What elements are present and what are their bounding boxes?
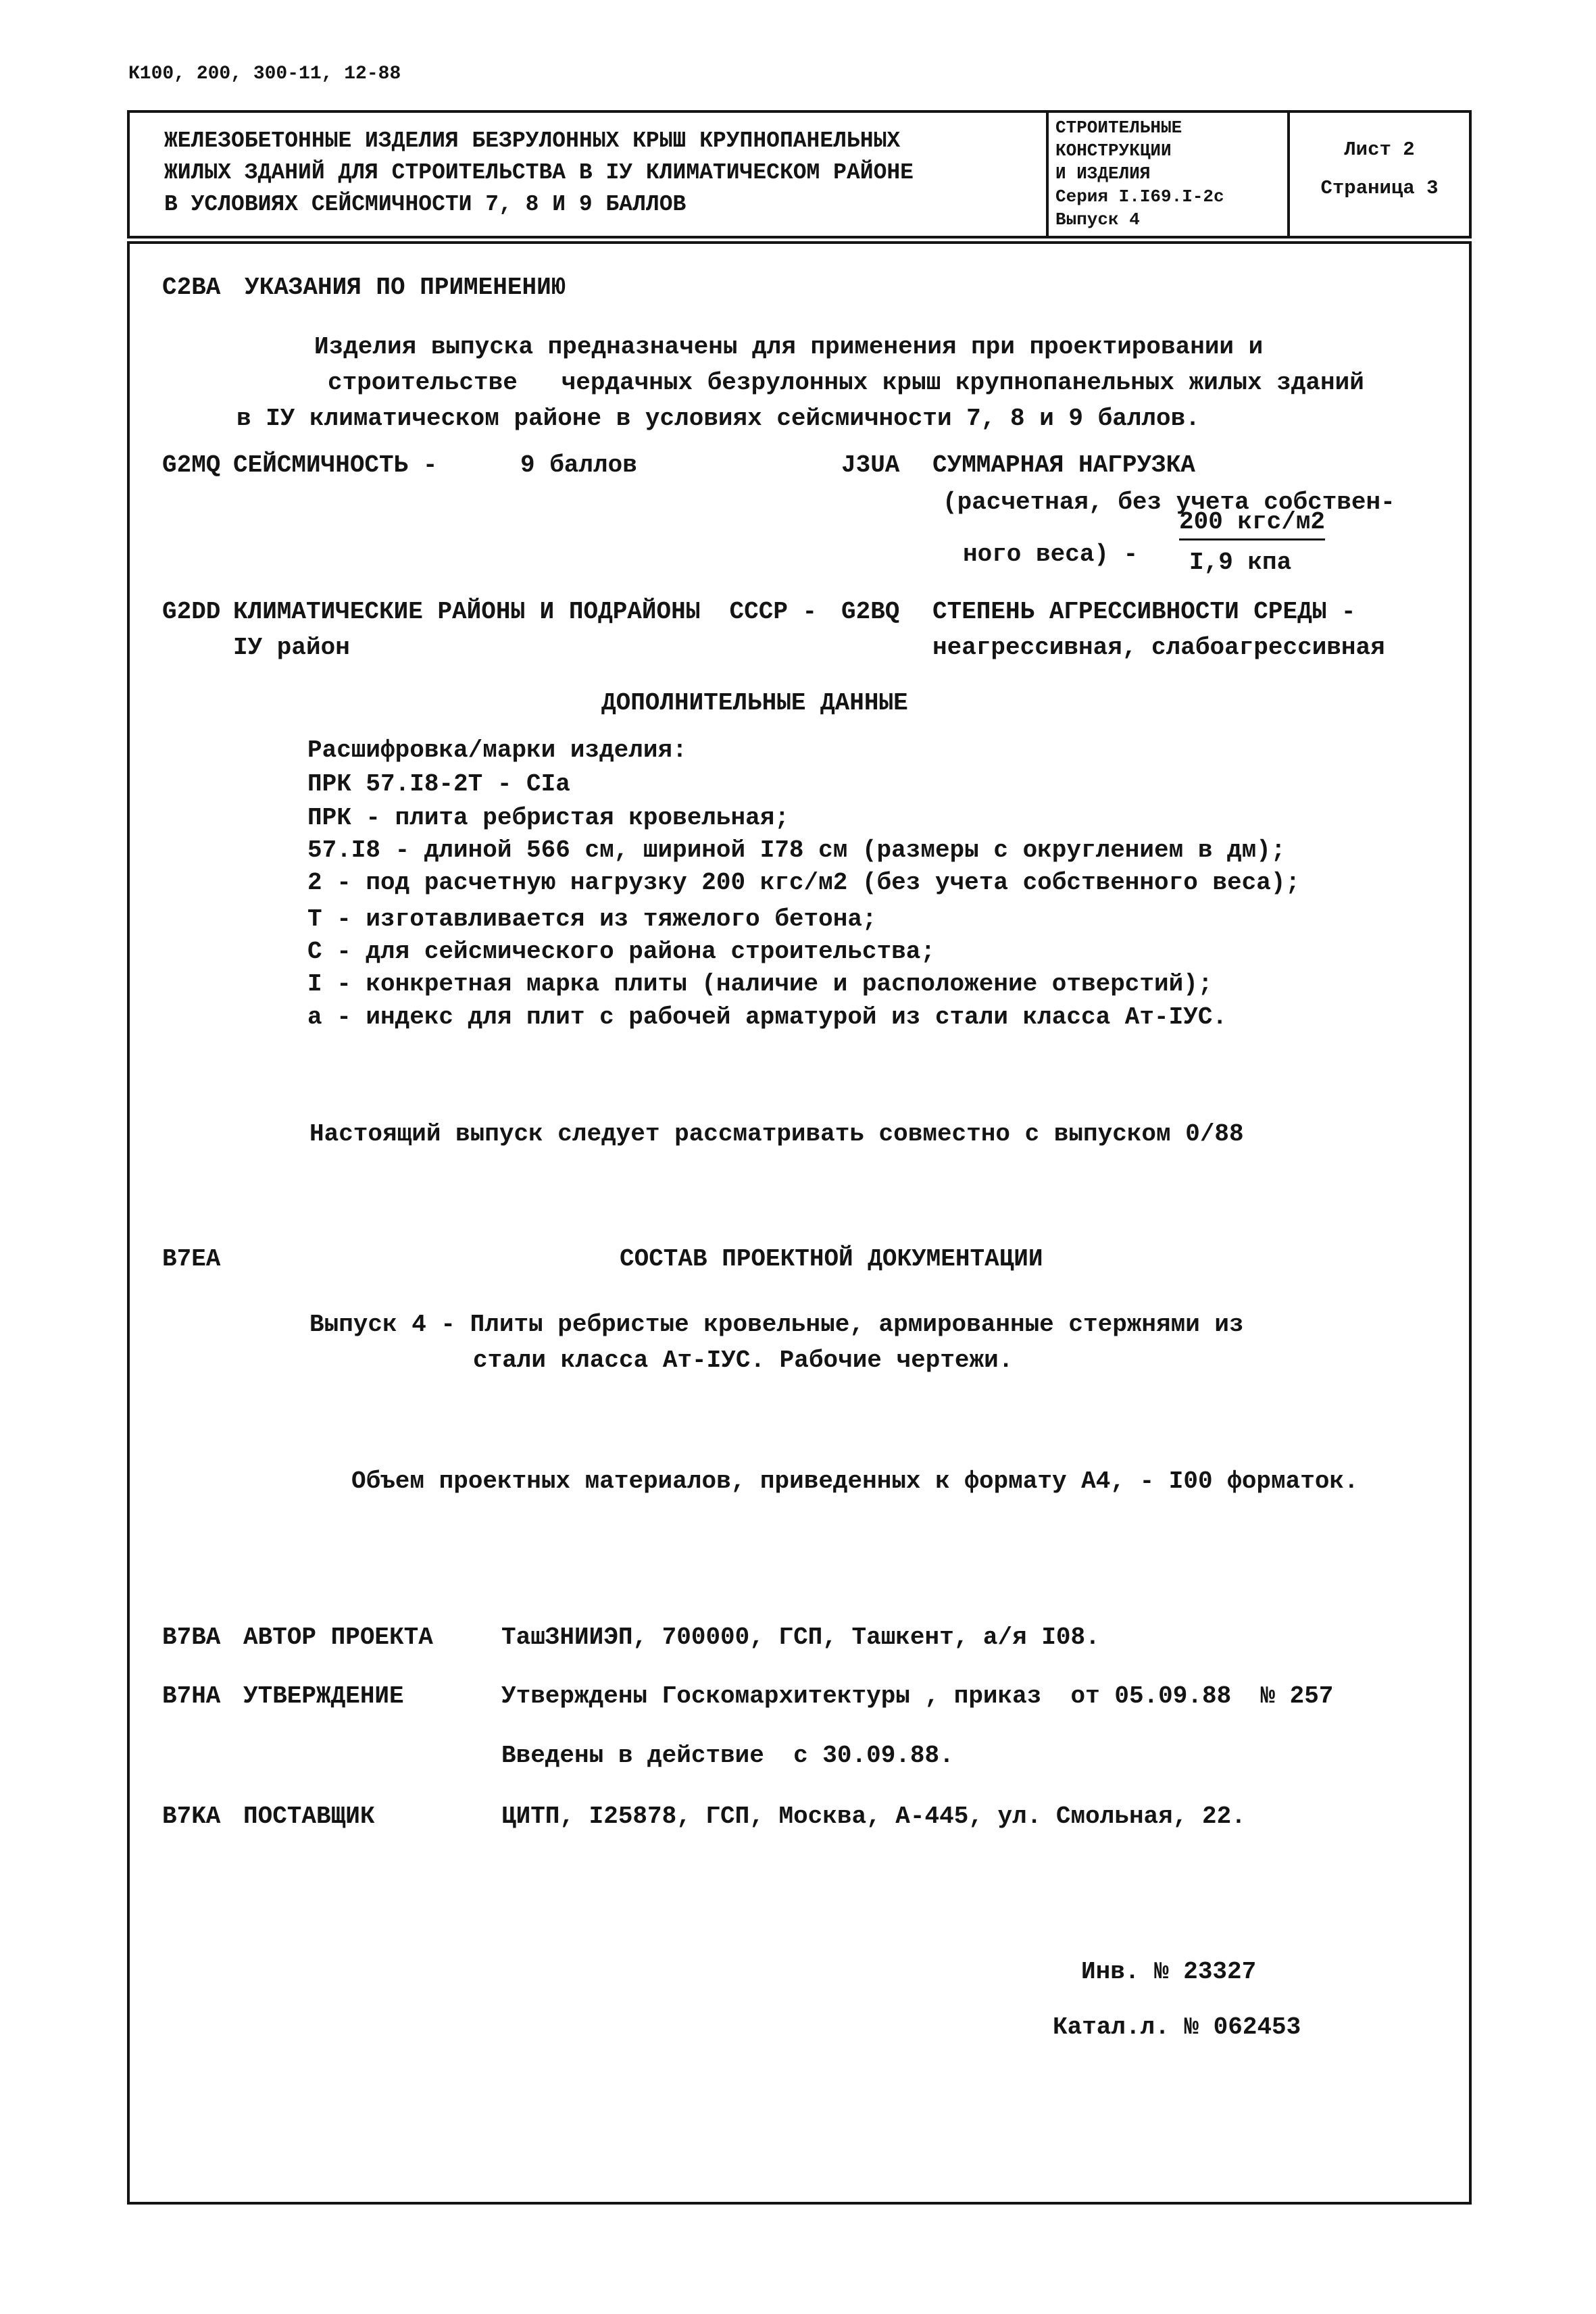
load-note-line1: (расчетная, без учета собствен- [943,488,1395,516]
additional-line-2: ПРК 57.I8-2Т - СIа [307,770,570,798]
header-divider-2 [1287,110,1290,238]
usage-paragraph-line3: в IУ климатическом районе в условиях сей… [236,405,1200,432]
approval-value: Утверждены Госкомархитектуры , приказ от… [501,1682,1333,1710]
additional-line-8: I - конкретная марка плиты (наличие и ра… [307,970,1212,998]
inventory-number: Инв. № 23327 [1081,1958,1256,1986]
additional-heading: ДОПОЛНИТЕЛЬНЫЕ ДАННЫЕ [601,689,908,717]
sheet-number: Лист 2 [1290,139,1469,161]
usage-paragraph-line2: строительстве чердачных безрулонных крыш… [328,369,1364,397]
header-title-line1: ЖЕЛЕЗОБЕТОННЫЕ ИЗДЕЛИЯ БЕЗРУЛОННЫХ КРЫШ … [164,128,900,154]
climate-value: IУ район [233,634,350,661]
aggressiveness-code: G2BQ [841,598,899,626]
seismicity-code: G2MQ [162,451,220,479]
additional-line-4: 57.I8 - длиной 566 см, шириной I78 см (р… [307,836,1285,864]
supplier-value: ЦИТП, I25878, ГСП, Москва, А-445, ул. См… [501,1803,1246,1830]
seismicity-value: 9 баллов [520,451,637,479]
header-title-line3: В УСЛОВИЯХ СЕЙСМИЧНОСТИ 7, 8 И 9 БАЛЛОВ [164,192,686,218]
load-value-kgs: 200 кгс/м2 [1179,508,1325,540]
series-line2: КОНСТРУКЦИИ [1055,141,1172,161]
load-label: СУММАРНАЯ НАГРУЗКА [932,451,1195,479]
seismicity-label: СЕЙСМИЧНОСТЬ - [233,451,437,479]
page-number: Страница 3 [1290,177,1469,199]
usage-heading: УКАЗАНИЯ ПО ПРИМЕНЕНИЮ [245,274,566,301]
aggressiveness-value: неагрессивная, слабоагрессивная [932,634,1385,661]
load-note-line2: ного веса) - [963,540,1138,568]
aggressiveness-label: СТЕПЕНЬ АГРЕССИВНОСТИ СРЕДЫ - [932,598,1356,626]
composition-heading: СОСТАВ ПРОЕКТНОЙ ДОКУМЕНТАЦИИ [620,1245,1043,1273]
series-line4: Серия I.I69.I-2с [1055,187,1224,207]
header-divider-1 [1046,110,1049,238]
climate-code: G2DD [162,598,220,626]
composition-line2: стали класса Ат-IУС. Рабочие чертежи. [473,1347,1013,1374]
additional-line-1: Расшифровка/марки изделия: [307,736,687,764]
supplier-label: ПОСТАВЩИК [243,1803,374,1830]
load-code: J3UA [841,451,899,479]
series-line3: И ИЗДЕЛИЯ [1055,164,1150,184]
document-page: К100, 200, 300-11, 12-88 ЖЕЛЕЗОБЕТОННЫЕ … [0,0,1596,2314]
series-line1: СТРОИТЕЛЬНЫЕ [1055,118,1182,139]
additional-line-3: ПРК - плита ребристая кровельная; [307,804,789,832]
author-label: АВТОР ПРОЕКТА [243,1624,433,1651]
additional-line-7: С - для сейсмического района строительст… [307,938,935,965]
approval-effective-date: Введены в действие с 30.09.88. [501,1742,954,1769]
supplier-code: B7KA [162,1803,220,1830]
author-value: ТашЗНИИЭП, 700000, ГСП, Ташкент, а/я I08… [501,1624,1100,1651]
usage-paragraph-line1: Изделия выпуска предназначены для примен… [314,333,1263,361]
load-value-kpa: I,9 кпа [1189,549,1291,576]
header-title-line2: ЖИЛЫХ ЗДАНИЙ ДЛЯ СТРОИТЕЛЬСТВА В IУ КЛИМ… [164,160,914,186]
additional-note: Настоящий выпуск следует рассматривать с… [309,1120,1244,1148]
additional-line-6: Т - изготавливается из тяжелого бетона; [307,905,877,933]
additional-line-9: а - индекс для плит с рабочей арматурой … [307,1003,1227,1031]
series-line5: Выпуск 4 [1055,210,1140,230]
doc-classifier-code: К100, 200, 300-11, 12-88 [128,64,401,85]
composition-code: B7EA [162,1245,220,1273]
author-code: B7BA [162,1624,220,1651]
catalog-number: Катал.л. № 062453 [1053,2013,1301,2041]
usage-code: C2BA [162,274,220,301]
approval-code: B7HA [162,1682,220,1710]
composition-line1: Выпуск 4 - Плиты ребристые кровельные, а… [309,1311,1244,1338]
additional-line-5: 2 - под расчетную нагрузку 200 кгс/м2 (б… [307,869,1300,897]
approval-label: УТВЕРЖДЕНИЕ [243,1682,404,1710]
composition-volume: Объем проектных материалов, приведенных … [351,1467,1359,1495]
climate-label: КЛИМАТИЧЕСКИЕ РАЙОНЫ И ПОДРАЙОНЫ СССР - [233,598,817,626]
